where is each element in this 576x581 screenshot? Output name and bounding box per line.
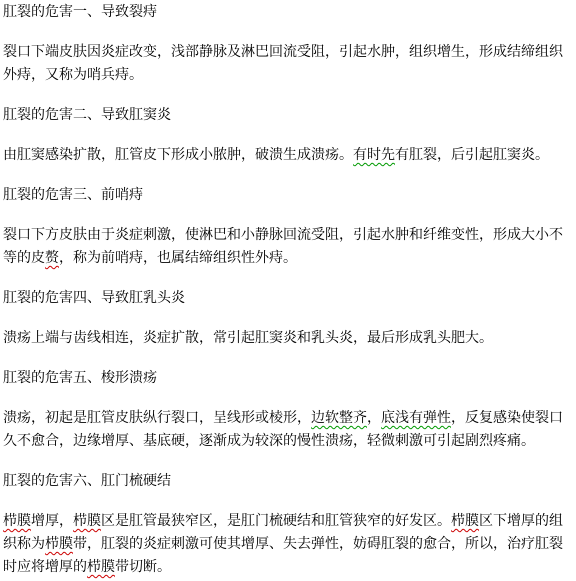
section-paragraph: 裂口下方皮肤由于炎症刺激，使淋巴和小静脉回流受阻，引起水肿和纤维变性，形成大小不…	[3, 224, 573, 270]
spellcheck-flagged-text: 栉膜	[73, 513, 101, 529]
spellcheck-flagged-text: 赘	[45, 250, 59, 266]
text-segment: 区是肛管最狭窄区，是肛门梳硬结和肛管狭窄的好发区。	[101, 513, 451, 529]
text-segment: ，称为前哨痔，也属结缔组织性外痔。	[59, 250, 297, 266]
text-segment: 溃疡，初起是肛管皮肤纵行裂口，呈线形或棱形，	[3, 410, 311, 426]
text-segment: 有肛裂，后引起肛窦炎。	[395, 147, 549, 163]
section-paragraph: 栉膜增厚，栉膜区是肛管最狭窄区，是肛门梳硬结和肛管狭窄的好发区。栉膜区下增厚的组…	[3, 510, 573, 579]
section-heading: 肛裂的危害六、肛门梳硬结	[3, 470, 573, 493]
section-paragraph: 裂口下端皮肤因炎症改变，浅部静脉及淋巴回流受阻，引起水肿，组织增生，形成结缔组织…	[3, 41, 573, 87]
section-heading: 肛裂的危害五、梭形溃疡	[3, 367, 573, 390]
grammar-flagged-text: 底浅有弹性	[381, 410, 451, 426]
section-heading: 肛裂的危害三、前哨痔	[3, 184, 573, 207]
text-segment: 带切断。	[115, 559, 171, 575]
article-body: 肛裂的危害一、导致裂痔 裂口下端皮肤因炎症改变，浅部静脉及淋巴回流受阻，引起水肿…	[0, 0, 576, 579]
spellcheck-flagged-text: 栉膜	[45, 536, 73, 552]
text-segment: 裂口下端皮肤因炎症改变，浅部静脉及淋巴回流受阻，引起水肿，组织增生，形成结缔组织…	[3, 44, 563, 83]
article-section: 肛裂的危害六、肛门梳硬结 栉膜增厚，栉膜区是肛管最狭窄区，是肛门梳硬结和肛管狭窄…	[3, 470, 573, 579]
spellcheck-flagged-text: 栉膜	[3, 513, 31, 529]
text-segment: 增厚，	[31, 513, 73, 529]
article-section: 肛裂的危害四、导致肛乳头炎 溃疡上端与齿线相连，炎症扩散，常引起肛窦炎和乳头炎，…	[3, 287, 573, 350]
article-section: 肛裂的危害三、前哨痔 裂口下方皮肤由于炎症刺激，使淋巴和小静脉回流受阻，引起水肿…	[3, 184, 573, 270]
section-heading: 肛裂的危害一、导致裂痔	[3, 1, 573, 24]
spellcheck-flagged-text: 栉膜	[87, 559, 115, 575]
text-segment: 溃疡上端与齿线相连，炎症扩散，常引起肛窦炎和乳头炎，最后形成乳头肥大。	[3, 330, 493, 346]
section-heading: 肛裂的危害四、导致肛乳头炎	[3, 287, 573, 310]
grammar-flagged-text: 有时先	[353, 147, 395, 163]
section-paragraph: 溃疡，初起是肛管皮肤纵行裂口，呈线形或棱形，边软整齐，底浅有弹性，反复感染使裂口…	[3, 407, 573, 453]
text-segment: 由肛窦感染扩散，肛管皮下形成小脓肿，破溃生成溃疡。	[3, 147, 353, 163]
text-segment: ，	[367, 410, 381, 426]
section-paragraph: 溃疡上端与齿线相连，炎症扩散，常引起肛窦炎和乳头炎，最后形成乳头肥大。	[3, 327, 573, 350]
section-heading: 肛裂的危害二、导致肛窦炎	[3, 104, 573, 127]
section-paragraph: 由肛窦感染扩散，肛管皮下形成小脓肿，破溃生成溃疡。有时先有肛裂，后引起肛窦炎。	[3, 144, 573, 167]
article-section: 肛裂的危害五、梭形溃疡 溃疡，初起是肛管皮肤纵行裂口，呈线形或棱形，边软整齐，底…	[3, 367, 573, 453]
spellcheck-flagged-text: 栉膜	[451, 513, 479, 529]
article-section: 肛裂的危害二、导致肛窦炎 由肛窦感染扩散，肛管皮下形成小脓肿，破溃生成溃疡。有时…	[3, 104, 573, 167]
article-section: 肛裂的危害一、导致裂痔 裂口下端皮肤因炎症改变，浅部静脉及淋巴回流受阻，引起水肿…	[3, 1, 573, 87]
grammar-flagged-text: 边软整齐	[311, 410, 367, 426]
